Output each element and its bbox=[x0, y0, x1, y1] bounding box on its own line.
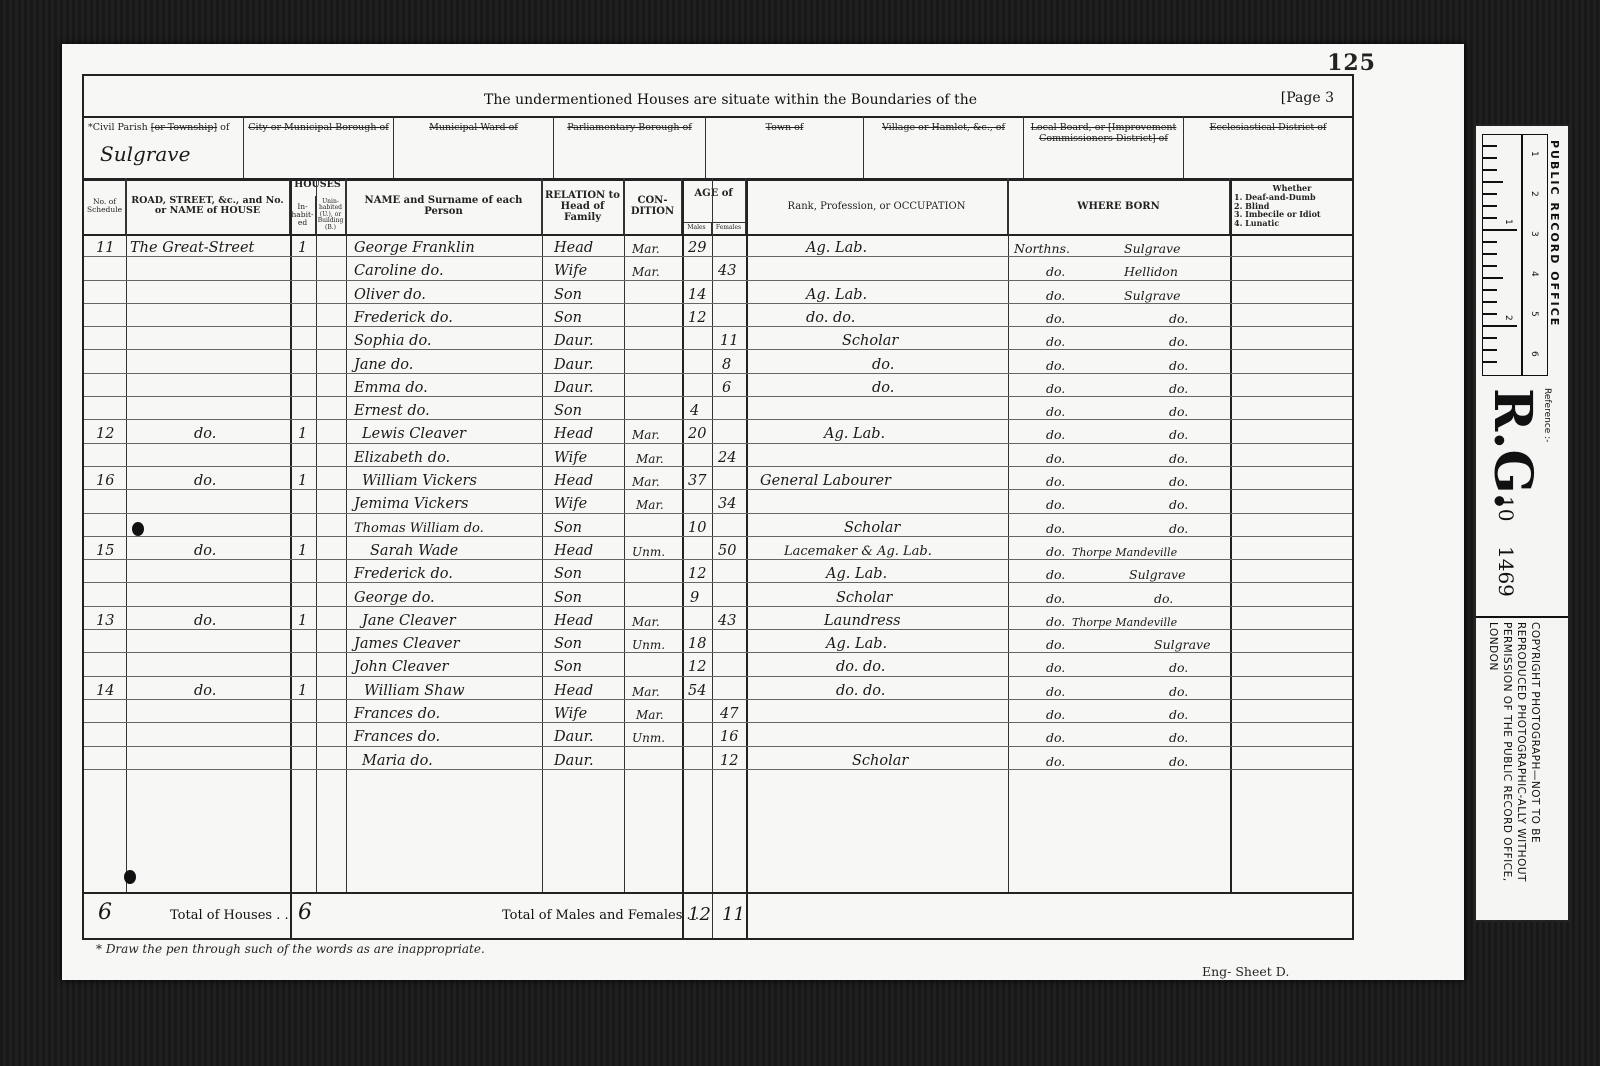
relation: Head bbox=[554, 677, 593, 700]
road-name: do. bbox=[194, 607, 216, 630]
form-banner: The undermentioned Houses are situate wi… bbox=[84, 76, 1352, 118]
born-county: do. bbox=[1046, 630, 1065, 653]
boundary-row: *Civil Parish [or Township] of Sulgrave … bbox=[84, 116, 1352, 181]
table-row: Emma do. Daur. 6 do. do. do. bbox=[84, 374, 1352, 397]
person-name: William Vickers bbox=[362, 467, 477, 490]
table-row: Sophia do. Daur. 11 Scholar do. do. bbox=[84, 327, 1352, 350]
person-name: Elizabeth do. bbox=[354, 444, 450, 467]
header-road: ROAD, STREET, &c., and No. or NAME of HO… bbox=[126, 178, 290, 234]
occupation: Scholar bbox=[836, 584, 892, 607]
born-county: do. bbox=[1046, 444, 1065, 467]
person-name: Frances do. bbox=[354, 700, 440, 723]
schedule-no: 12 bbox=[96, 420, 114, 443]
reference-label: Reference :- bbox=[1542, 388, 1552, 442]
relation: Son bbox=[554, 514, 582, 537]
ruler-inch-label: 1 bbox=[1503, 219, 1513, 225]
person-name: William Shaw bbox=[364, 677, 465, 700]
female-age: 34 bbox=[718, 490, 736, 513]
ink-blot bbox=[132, 522, 144, 536]
born-county: do. bbox=[1046, 747, 1065, 770]
table-row: 12 do. 1 Lewis Cleaver Head Mar. 20 Ag. … bbox=[84, 420, 1352, 443]
header-uninhabited: Unin-habited (U.), or Building (B.) bbox=[316, 196, 346, 234]
occupation: Ag. Lab. bbox=[826, 560, 887, 583]
person-name: Ernest do. bbox=[354, 397, 430, 420]
born-place: do. bbox=[1169, 747, 1188, 770]
boundary-label-struck: [or Township] bbox=[151, 122, 217, 133]
born-place: Thorpe Mandeville bbox=[1072, 537, 1177, 560]
occupation: Lacemaker & Ag. Lab. bbox=[784, 537, 932, 560]
col-divider bbox=[746, 894, 748, 938]
boundary-village: Village or Hamlet, &c., of bbox=[864, 116, 1024, 178]
totals-row: 6 Total of Houses . . 6 Total of Males a… bbox=[84, 892, 1352, 938]
born-place: do. bbox=[1169, 700, 1188, 723]
header-schedule: No. of Schedule bbox=[84, 178, 126, 234]
footnote: * Draw the pen through such of the words… bbox=[96, 942, 485, 956]
banner-title: The undermentioned Houses are situate wi… bbox=[484, 92, 977, 108]
record-office-name: PUBLIC RECORD OFFICE bbox=[1548, 140, 1561, 327]
occupation: do. do. bbox=[836, 653, 885, 676]
inhabited-count: 1 bbox=[298, 234, 307, 257]
table-row: Frederick do. Son 12 do. do. do. do. bbox=[84, 304, 1352, 327]
born-county: Northns. bbox=[1014, 234, 1070, 257]
male-age: 12 bbox=[688, 560, 706, 583]
table-row: Oliver do. Son 14 Ag. Lab. do. Sulgrave bbox=[84, 281, 1352, 304]
born-place: do. bbox=[1169, 351, 1188, 374]
ruler-scale: 1 2 bbox=[1482, 134, 1522, 376]
col-divider bbox=[290, 894, 292, 938]
ruler-inch-label: 2 bbox=[1503, 315, 1513, 321]
road-name: do. bbox=[194, 420, 216, 443]
male-age: 4 bbox=[690, 397, 699, 420]
archive-reference-stamp: 1 2 1 2 3 4 5 6 PUBLIC RECORD OFFICE R.G… bbox=[1474, 124, 1570, 922]
census-form: The undermentioned Houses are situate wi… bbox=[82, 74, 1354, 940]
table-row: 11 The Great-Street 1 George Franklin He… bbox=[84, 234, 1352, 257]
occupation: Scholar bbox=[844, 514, 900, 537]
born-place: do. bbox=[1169, 397, 1188, 420]
relation: Head bbox=[554, 467, 593, 490]
condition: Mar. bbox=[636, 444, 664, 467]
occupation: Scholar bbox=[852, 747, 908, 770]
born-county: do. bbox=[1046, 351, 1065, 374]
female-age: 43 bbox=[718, 607, 736, 630]
born-county: do. bbox=[1046, 257, 1065, 280]
table-row: George do. Son 9 Scholar do. do. bbox=[84, 584, 1352, 607]
born-place: do. bbox=[1169, 723, 1188, 746]
ruler-cm-scale: 1 2 3 4 5 6 bbox=[1522, 134, 1548, 376]
table-row: John Cleaver Son 12 do. do. do. do. bbox=[84, 653, 1352, 676]
condition: Unm. bbox=[632, 723, 665, 746]
condition: Mar. bbox=[636, 490, 664, 513]
relation: Wife bbox=[554, 700, 587, 723]
ink-blot bbox=[124, 870, 136, 884]
born-place: Sulgrave bbox=[1124, 234, 1181, 257]
person-name: George Franklin bbox=[354, 234, 475, 257]
person-name: Jane do. bbox=[354, 351, 413, 374]
table-row: 16 do. 1 William Vickers Head Mar. 37 Ge… bbox=[84, 467, 1352, 490]
col-divider bbox=[682, 894, 684, 938]
sheet-label: Eng- Sheet D. bbox=[1202, 964, 1289, 979]
born-county: do. bbox=[1046, 560, 1065, 583]
born-county: do. bbox=[1046, 723, 1065, 746]
table-row: Jemima Vickers Wife Mar. 34 do. do. bbox=[84, 490, 1352, 513]
born-place: do. bbox=[1169, 677, 1188, 700]
born-place: Sulgrave bbox=[1124, 281, 1181, 304]
boundary-town: Town of bbox=[706, 116, 864, 178]
born-county: do. bbox=[1046, 514, 1065, 537]
born-place: do. bbox=[1169, 444, 1188, 467]
total-houses-label: Total of Houses . . bbox=[170, 908, 289, 923]
male-age: 12 bbox=[688, 304, 706, 327]
table-row: Frederick do. Son 12 Ag. Lab. do. Sulgra… bbox=[84, 560, 1352, 583]
occupation: Ag. Lab. bbox=[806, 234, 867, 257]
female-age: 50 bbox=[718, 537, 736, 560]
ruler-cm-label: 1 bbox=[1529, 151, 1539, 157]
relation: Head bbox=[554, 234, 593, 257]
table-row: Jane do. Daur. 8 do. do. do. bbox=[84, 351, 1352, 374]
table-row: Caroline do. Wife Mar. 43 do. Hellidon bbox=[84, 257, 1352, 280]
boundary-parliamentary-borough: Parliamentary Borough of bbox=[554, 116, 706, 178]
ruler-cm-label: 2 bbox=[1529, 191, 1539, 197]
infirmity-option-4: 4. Lunatic bbox=[1234, 219, 1279, 228]
road-name: do. bbox=[194, 537, 216, 560]
female-age: 47 bbox=[720, 700, 738, 723]
person-name: Frederick do. bbox=[354, 304, 453, 327]
female-age: 11 bbox=[720, 327, 738, 350]
occupation: Scholar bbox=[842, 327, 898, 350]
table-row: James Cleaver Son Unm. 18 Ag. Lab. do. S… bbox=[84, 630, 1352, 653]
born-county: do. bbox=[1046, 397, 1065, 420]
condition: Mar. bbox=[632, 607, 660, 630]
road-name: do. bbox=[194, 467, 216, 490]
born-place: do. bbox=[1169, 514, 1188, 537]
born-county: do. bbox=[1046, 467, 1065, 490]
relation: Head bbox=[554, 420, 593, 443]
stamp-divider bbox=[1476, 616, 1568, 618]
header-inhabited: In-habit-ed bbox=[290, 196, 316, 234]
male-age: 37 bbox=[688, 467, 706, 490]
person-name: Sarah Wade bbox=[370, 537, 458, 560]
boundary-label-suffix: of bbox=[217, 122, 229, 133]
person-name: James Cleaver bbox=[354, 630, 460, 653]
born-county: do. bbox=[1046, 281, 1065, 304]
header-condition: CON-DITION bbox=[624, 178, 682, 234]
born-place: do. bbox=[1169, 490, 1188, 513]
boundary-civil-parish: *Civil Parish [or Township] of Sulgrave bbox=[84, 116, 244, 178]
total-houses-value: 6 bbox=[298, 900, 312, 925]
born-place: do. bbox=[1169, 467, 1188, 490]
occupation: Laundress bbox=[824, 607, 901, 630]
relation: Wife bbox=[554, 444, 587, 467]
road-name: The Great-Street bbox=[130, 234, 254, 257]
header-relation: RELATION to Head of Family bbox=[542, 178, 624, 234]
inhabited-count: 1 bbox=[298, 607, 307, 630]
table-row: Maria do. Daur. 12 Scholar do. do. bbox=[84, 747, 1352, 770]
relation: Daur. bbox=[554, 723, 594, 746]
born-county: do. bbox=[1046, 700, 1065, 723]
person-name: Frederick do. bbox=[354, 560, 453, 583]
person-name: Thomas William do. bbox=[354, 514, 484, 537]
schedule-no: 11 bbox=[96, 234, 114, 257]
total-males: 12 bbox=[688, 904, 711, 925]
reference-series: R.G. bbox=[1482, 388, 1543, 510]
person-name: Sophia do. bbox=[354, 327, 432, 350]
condition: Unm. bbox=[632, 537, 665, 560]
relation: Daur. bbox=[554, 747, 594, 770]
header-males: Males bbox=[682, 222, 712, 234]
table-row: 14 do. 1 William Shaw Head Mar. 54 do. d… bbox=[84, 677, 1352, 700]
inhabited-count: 1 bbox=[298, 677, 307, 700]
condition: Mar. bbox=[632, 677, 660, 700]
column-headers: No. of Schedule ROAD, STREET, &c., and N… bbox=[84, 178, 1352, 236]
person-name: Maria do. bbox=[362, 747, 433, 770]
table-row: Frances do. Wife Mar. 47 do. do. bbox=[84, 700, 1352, 723]
relation: Son bbox=[554, 630, 582, 653]
female-age: 16 bbox=[720, 723, 738, 746]
person-name: Frances do. bbox=[354, 723, 440, 746]
person-name: Oliver do. bbox=[354, 281, 426, 304]
relation: Head bbox=[554, 607, 593, 630]
male-age: 14 bbox=[688, 281, 706, 304]
born-county: do. bbox=[1046, 327, 1065, 350]
inhabited-count: 1 bbox=[298, 420, 307, 443]
condition: Mar. bbox=[632, 467, 660, 490]
person-name: Jane Cleaver bbox=[362, 607, 456, 630]
born-place: do. bbox=[1169, 653, 1188, 676]
reference-piece: 1469 bbox=[1494, 546, 1518, 597]
person-name: Jemima Vickers bbox=[354, 490, 469, 513]
born-county: do. bbox=[1046, 304, 1065, 327]
schedule-no: 14 bbox=[96, 677, 114, 700]
relation: Son bbox=[554, 304, 582, 327]
condition: Mar. bbox=[632, 420, 660, 443]
born-place: Sulgrave bbox=[1129, 560, 1186, 583]
born-county: do. bbox=[1046, 607, 1065, 630]
person-name: Lewis Cleaver bbox=[362, 420, 466, 443]
born-county: do. bbox=[1046, 677, 1065, 700]
occupation: do. bbox=[872, 351, 894, 374]
female-age: 8 bbox=[722, 351, 731, 374]
relation: Wife bbox=[554, 257, 587, 280]
header-occupation: Rank, Profession, or OCCUPATION bbox=[746, 178, 1008, 234]
condition: Mar. bbox=[632, 257, 660, 280]
female-age: 6 bbox=[722, 374, 731, 397]
male-age: 29 bbox=[688, 234, 706, 257]
header-infirmity: Whether 1. Deaf-and-Dumb 2. Blind 3. Imb… bbox=[1230, 178, 1350, 234]
boundary-ecclesiastical: Ecclesiastical District of bbox=[1184, 116, 1352, 178]
header-females: Females bbox=[712, 222, 746, 234]
person-name: Caroline do. bbox=[354, 257, 444, 280]
page-label: [Page 3 bbox=[1281, 90, 1334, 106]
female-age: 43 bbox=[718, 257, 736, 280]
total-persons-label: Total of Males and Females . . bbox=[502, 908, 699, 923]
occupation: do. do. bbox=[806, 304, 855, 327]
table-row: Elizabeth do. Wife Mar. 24 do. do. bbox=[84, 444, 1352, 467]
born-county: do. bbox=[1046, 420, 1065, 443]
relation: Daur. bbox=[554, 327, 594, 350]
occupation: do. bbox=[872, 374, 894, 397]
born-county: do. bbox=[1046, 584, 1065, 607]
relation: Daur. bbox=[554, 351, 594, 374]
schedule-no: 13 bbox=[96, 607, 114, 630]
condition: Mar. bbox=[636, 700, 664, 723]
total-females: 11 bbox=[722, 904, 745, 925]
schedule-no: 16 bbox=[96, 467, 114, 490]
person-name: Emma do. bbox=[354, 374, 428, 397]
ruler-cm-label: 6 bbox=[1529, 351, 1539, 357]
born-place: do. bbox=[1169, 374, 1188, 397]
relation: Son bbox=[554, 584, 582, 607]
relation: Son bbox=[554, 397, 582, 420]
boundary-label: *Civil Parish bbox=[88, 122, 151, 133]
table-row: 13 do. 1 Jane Cleaver Head Mar. 43 Laund… bbox=[84, 607, 1352, 630]
inhabited-count: 1 bbox=[298, 537, 307, 560]
occupation: Ag. Lab. bbox=[824, 420, 885, 443]
female-age: 24 bbox=[718, 444, 736, 467]
born-place: do. bbox=[1169, 420, 1188, 443]
born-place: do. bbox=[1169, 304, 1188, 327]
ruler-cm-label: 5 bbox=[1529, 311, 1539, 317]
occupation: General Labourer bbox=[760, 467, 891, 490]
born-place: Thorpe Mandeville bbox=[1072, 607, 1177, 630]
relation: Son bbox=[554, 560, 582, 583]
folio-number: 125 bbox=[1327, 50, 1376, 76]
person-name: George do. bbox=[354, 584, 435, 607]
table-row: 15 do. 1 Sarah Wade Head Unm. 50 Lacemak… bbox=[84, 537, 1352, 560]
ruler-cm-label: 4 bbox=[1529, 271, 1539, 277]
schedule-no: 15 bbox=[96, 537, 114, 560]
table-row: Frances do. Daur. Unm. 16 do. do. bbox=[84, 723, 1352, 746]
header-name: NAME and Surname of each Person bbox=[346, 178, 542, 234]
male-age: 10 bbox=[688, 514, 706, 537]
occupation: Ag. Lab. bbox=[806, 281, 867, 304]
header-where-born: WHERE BORN bbox=[1008, 178, 1230, 234]
road-name: do. bbox=[194, 677, 216, 700]
relation: Daur. bbox=[554, 374, 594, 397]
relation: Head bbox=[554, 537, 593, 560]
male-age: 12 bbox=[688, 653, 706, 676]
male-age: 20 bbox=[688, 420, 706, 443]
occupation: do. do. bbox=[836, 677, 885, 700]
condition: Mar. bbox=[632, 234, 660, 257]
relation: Son bbox=[554, 281, 582, 304]
table-row: Thomas William do. Son 10 Scholar do. do… bbox=[84, 514, 1352, 537]
relation: Wife bbox=[554, 490, 587, 513]
table-row: Ernest do. Son 4 do. do. bbox=[84, 397, 1352, 420]
col-divider bbox=[712, 894, 713, 938]
born-county: do. bbox=[1046, 653, 1065, 676]
female-age: 12 bbox=[720, 747, 738, 770]
relation: Son bbox=[554, 653, 582, 676]
condition: Unm. bbox=[632, 630, 665, 653]
born-place: do. bbox=[1154, 584, 1173, 607]
ruler-cm-label: 3 bbox=[1529, 231, 1539, 237]
born-county: do. bbox=[1046, 374, 1065, 397]
inhabited-count: 1 bbox=[298, 467, 307, 490]
born-county: do. bbox=[1046, 537, 1065, 560]
born-place: do. bbox=[1169, 327, 1188, 350]
boundary-local-board: Local Board, or [Improvement Commissione… bbox=[1024, 116, 1184, 178]
born-county: do. bbox=[1046, 490, 1065, 513]
boundary-municipal-ward: Municipal Ward of bbox=[394, 116, 554, 178]
born-place: Hellidon bbox=[1124, 257, 1178, 280]
occupation: Ag. Lab. bbox=[826, 630, 887, 653]
census-page: 125 The undermentioned Houses are situat… bbox=[62, 44, 1464, 980]
reference-class: 10 bbox=[1494, 496, 1518, 521]
male-age: 18 bbox=[688, 630, 706, 653]
parish-value: Sulgrave bbox=[100, 142, 190, 166]
person-name: John Cleaver bbox=[354, 653, 449, 676]
boundary-municipal-borough: City or Municipal Borough of bbox=[244, 116, 394, 178]
copyright-notice: COPYRIGHT PHOTOGRAPH—NOT TO BE REPRODUCE… bbox=[1486, 622, 1542, 912]
male-age: 54 bbox=[688, 677, 706, 700]
born-place: Sulgrave bbox=[1154, 630, 1211, 653]
total-schedules: 6 bbox=[98, 900, 112, 925]
male-age: 9 bbox=[690, 584, 699, 607]
